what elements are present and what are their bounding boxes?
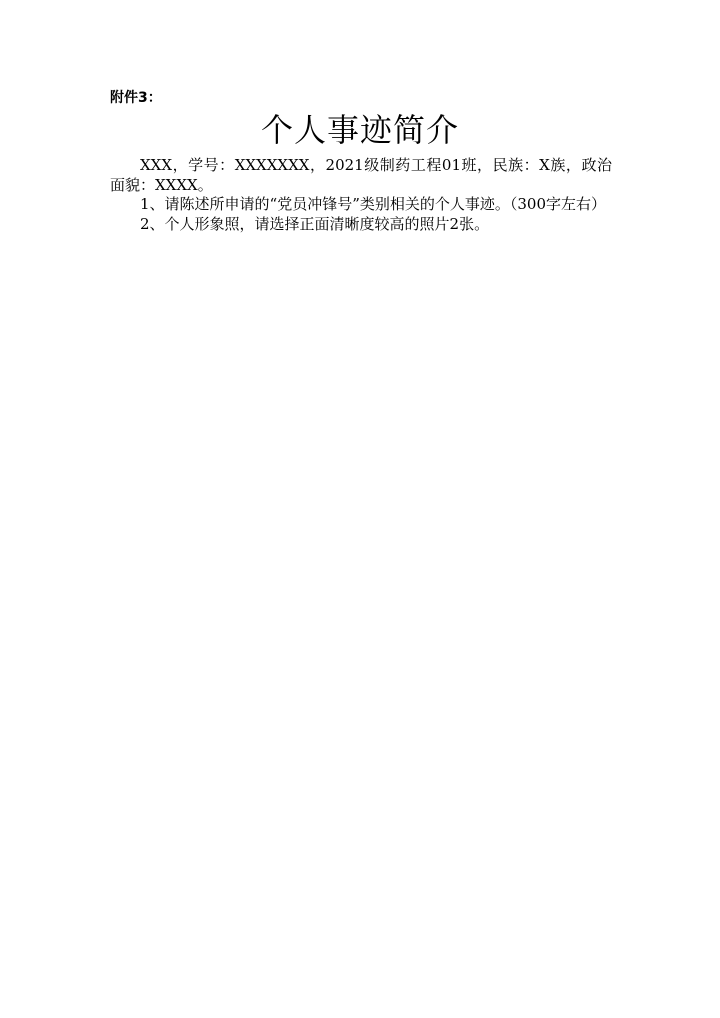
- attachment-label: 附件3：: [110, 89, 162, 107]
- page-title: 个人事迹简介: [0, 110, 720, 150]
- instruction-deeds-paragraph: 1、请陈述所申请的“党员冲锋号”类别相关的个人事迹。（300字左右）: [110, 195, 612, 215]
- document-page: 附件3： 个人事迹简介 XXX，学号：XXXXXXX，2021级制药工程01班，…: [0, 0, 720, 1018]
- document-body: XXX，学号：XXXXXXX，2021级制药工程01班，民族：X族，政治面貌：X…: [110, 156, 612, 234]
- personal-info-paragraph: XXX，学号：XXXXXXX，2021级制药工程01班，民族：X族，政治面貌：X…: [110, 156, 612, 195]
- instruction-photo-paragraph: 2、个人形象照，请选择正面清晰度较高的照片2张。: [110, 215, 612, 235]
